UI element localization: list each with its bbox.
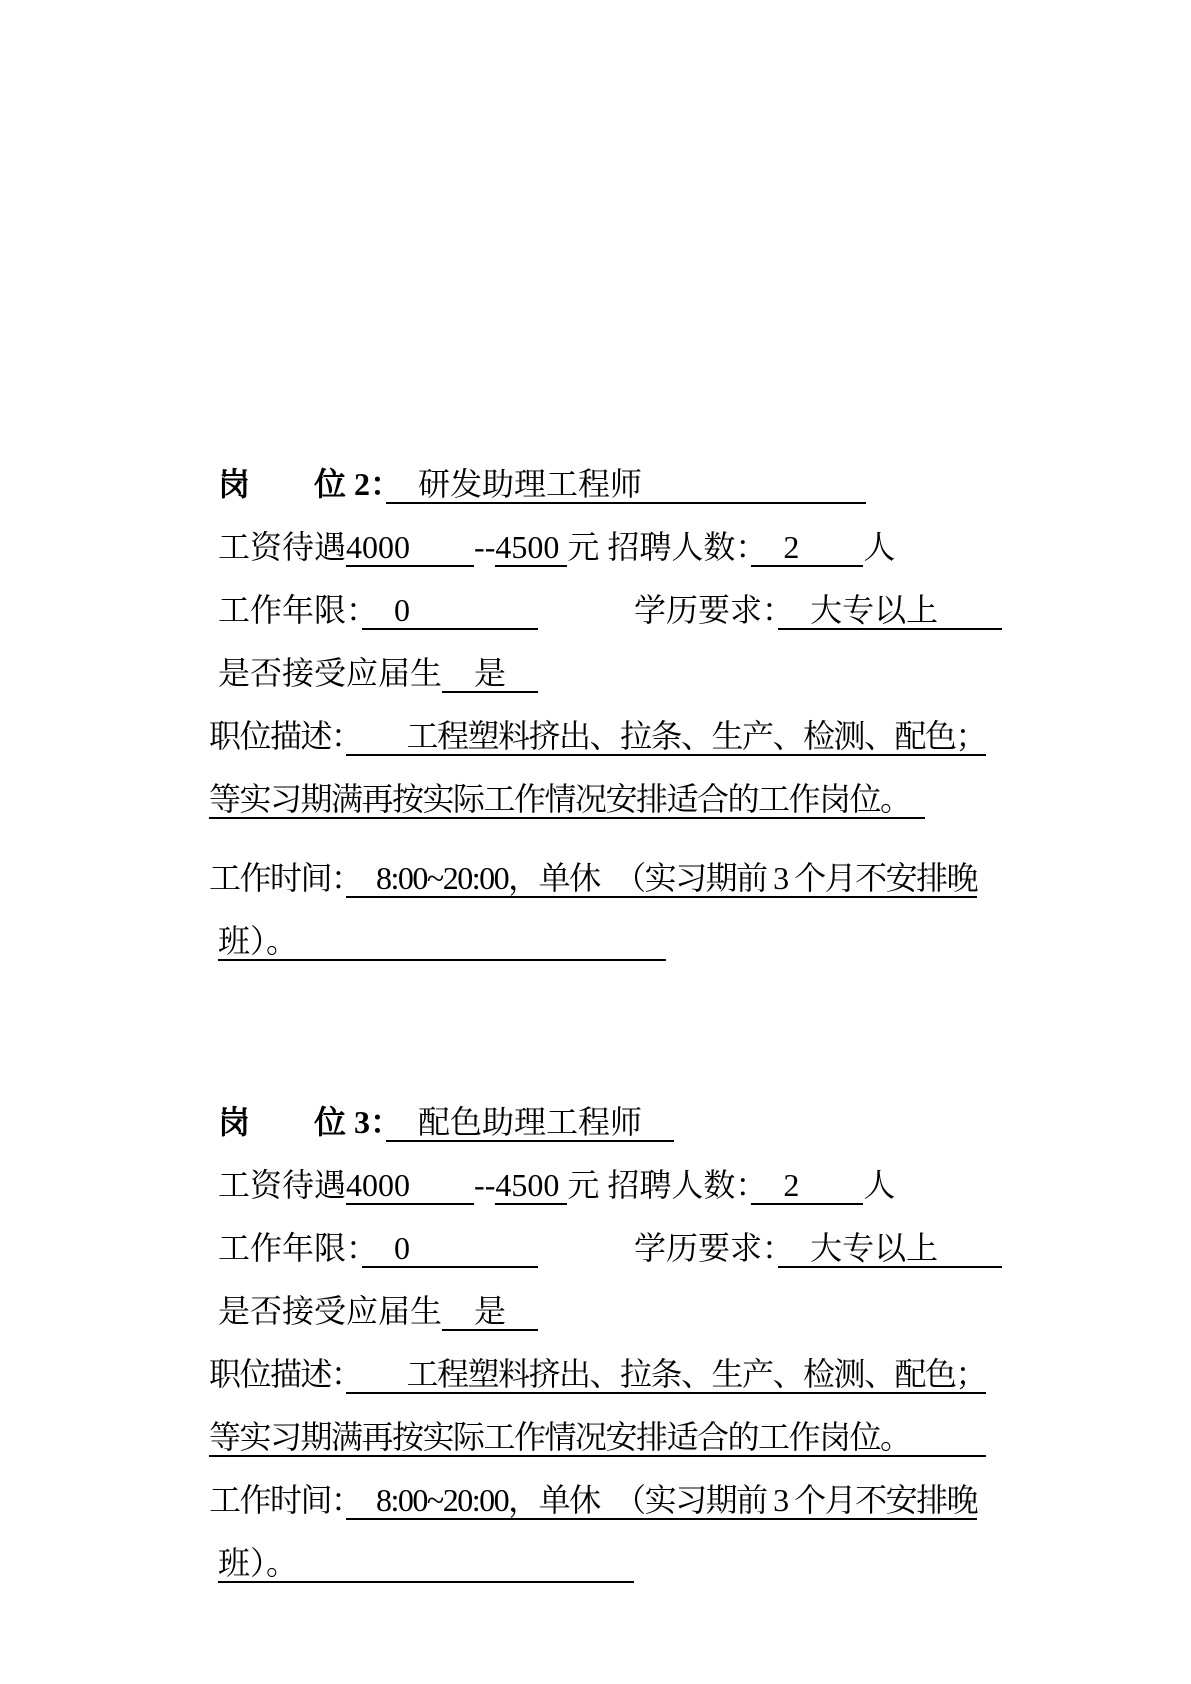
work-time-field: 8:00~20:00，单休 （实习期前 3 个月不安排晚 xyxy=(346,1482,978,1520)
job-heading-line: 岗 位 3： 配色助理工程师 xyxy=(170,1028,990,1091)
headcount-unit: 人 xyxy=(863,529,895,565)
fresh-graduate-label: 是否接受应届生 xyxy=(218,1293,442,1329)
mid-spacer xyxy=(538,592,634,628)
education-field: 大专以上 xyxy=(778,592,1002,630)
years-label: 工作年限： xyxy=(218,592,362,628)
description-label: 职位描述： xyxy=(209,1356,346,1392)
fresh-graduate-field: 是 xyxy=(442,655,538,693)
education-label: 学历要求： xyxy=(634,1230,778,1266)
headcount-field: 2 xyxy=(751,529,863,567)
years-field: 0 xyxy=(362,1230,538,1268)
description-field-continued: 等实习期满再按实际工作情况安排适合的工作岗位。 xyxy=(209,781,925,819)
mid-spacer xyxy=(538,1230,634,1266)
salary-label: 工资待遇 xyxy=(218,1167,346,1203)
description-field: 工程塑料挤出、拉条、生产、检测、配色； xyxy=(346,1356,987,1394)
salary-min-field: 4000 xyxy=(346,529,474,567)
salary-unit: 元 xyxy=(567,529,607,565)
education-field: 大专以上 xyxy=(778,1230,1002,1268)
description-label: 职位描述： xyxy=(209,718,346,754)
job-heading-label: 岗 位 2： xyxy=(218,466,386,502)
description-field-continued: 等实习期满再按实际工作情况安排适合的工作岗位。 xyxy=(209,1419,986,1457)
job-title-field: 研发助理工程师 xyxy=(386,466,866,504)
years-label: 工作年限： xyxy=(218,1230,362,1266)
work-time-label: 工作时间： xyxy=(209,860,346,896)
salary-dashes: -- xyxy=(474,529,495,565)
headcount-unit: 人 xyxy=(863,1167,895,1203)
job-section-3: 岗 位 3： 配色助理工程师 工资待遇4000 --4500 元 招聘人数： 2… xyxy=(170,1028,990,1532)
headcount-label: 招聘人数： xyxy=(607,529,751,565)
headcount-label: 招聘人数： xyxy=(607,1167,751,1203)
education-label: 学历要求： xyxy=(634,592,778,628)
salary-max-field: 4500 xyxy=(495,529,567,567)
job-title-field: 配色助理工程师 xyxy=(386,1104,674,1142)
years-field: 0 xyxy=(362,592,538,630)
work-time-field-continued: 班）。 xyxy=(218,923,666,961)
work-time-field-continued: 班）。 xyxy=(218,1545,634,1583)
headcount-field: 2 xyxy=(751,1167,863,1205)
job-heading-label: 岗 位 3： xyxy=(218,1104,386,1140)
document-page: 岗 位 2： 研发助理工程师 工资待遇4000 --4500 元 招聘人数： 2… xyxy=(170,390,990,1532)
work-time-label: 工作时间： xyxy=(209,1482,346,1518)
salary-label: 工资待遇 xyxy=(218,529,346,565)
salary-unit: 元 xyxy=(567,1167,607,1203)
salary-max-field: 4500 xyxy=(495,1167,567,1205)
job-heading-line: 岗 位 2： 研发助理工程师 xyxy=(170,390,990,453)
job-section-2: 岗 位 2： 研发助理工程师 工资待遇4000 --4500 元 招聘人数： 2… xyxy=(170,390,990,910)
fresh-graduate-label: 是否接受应届生 xyxy=(218,655,442,691)
fresh-graduate-field: 是 xyxy=(442,1293,538,1331)
salary-dashes: -- xyxy=(474,1167,495,1203)
salary-min-field: 4000 xyxy=(346,1167,474,1205)
description-field: 工程塑料挤出、拉条、生产、检测、配色； xyxy=(346,718,987,756)
work-time-field: 8:00~20:00，单休 （实习期前 3 个月不安排晚 xyxy=(346,860,978,898)
